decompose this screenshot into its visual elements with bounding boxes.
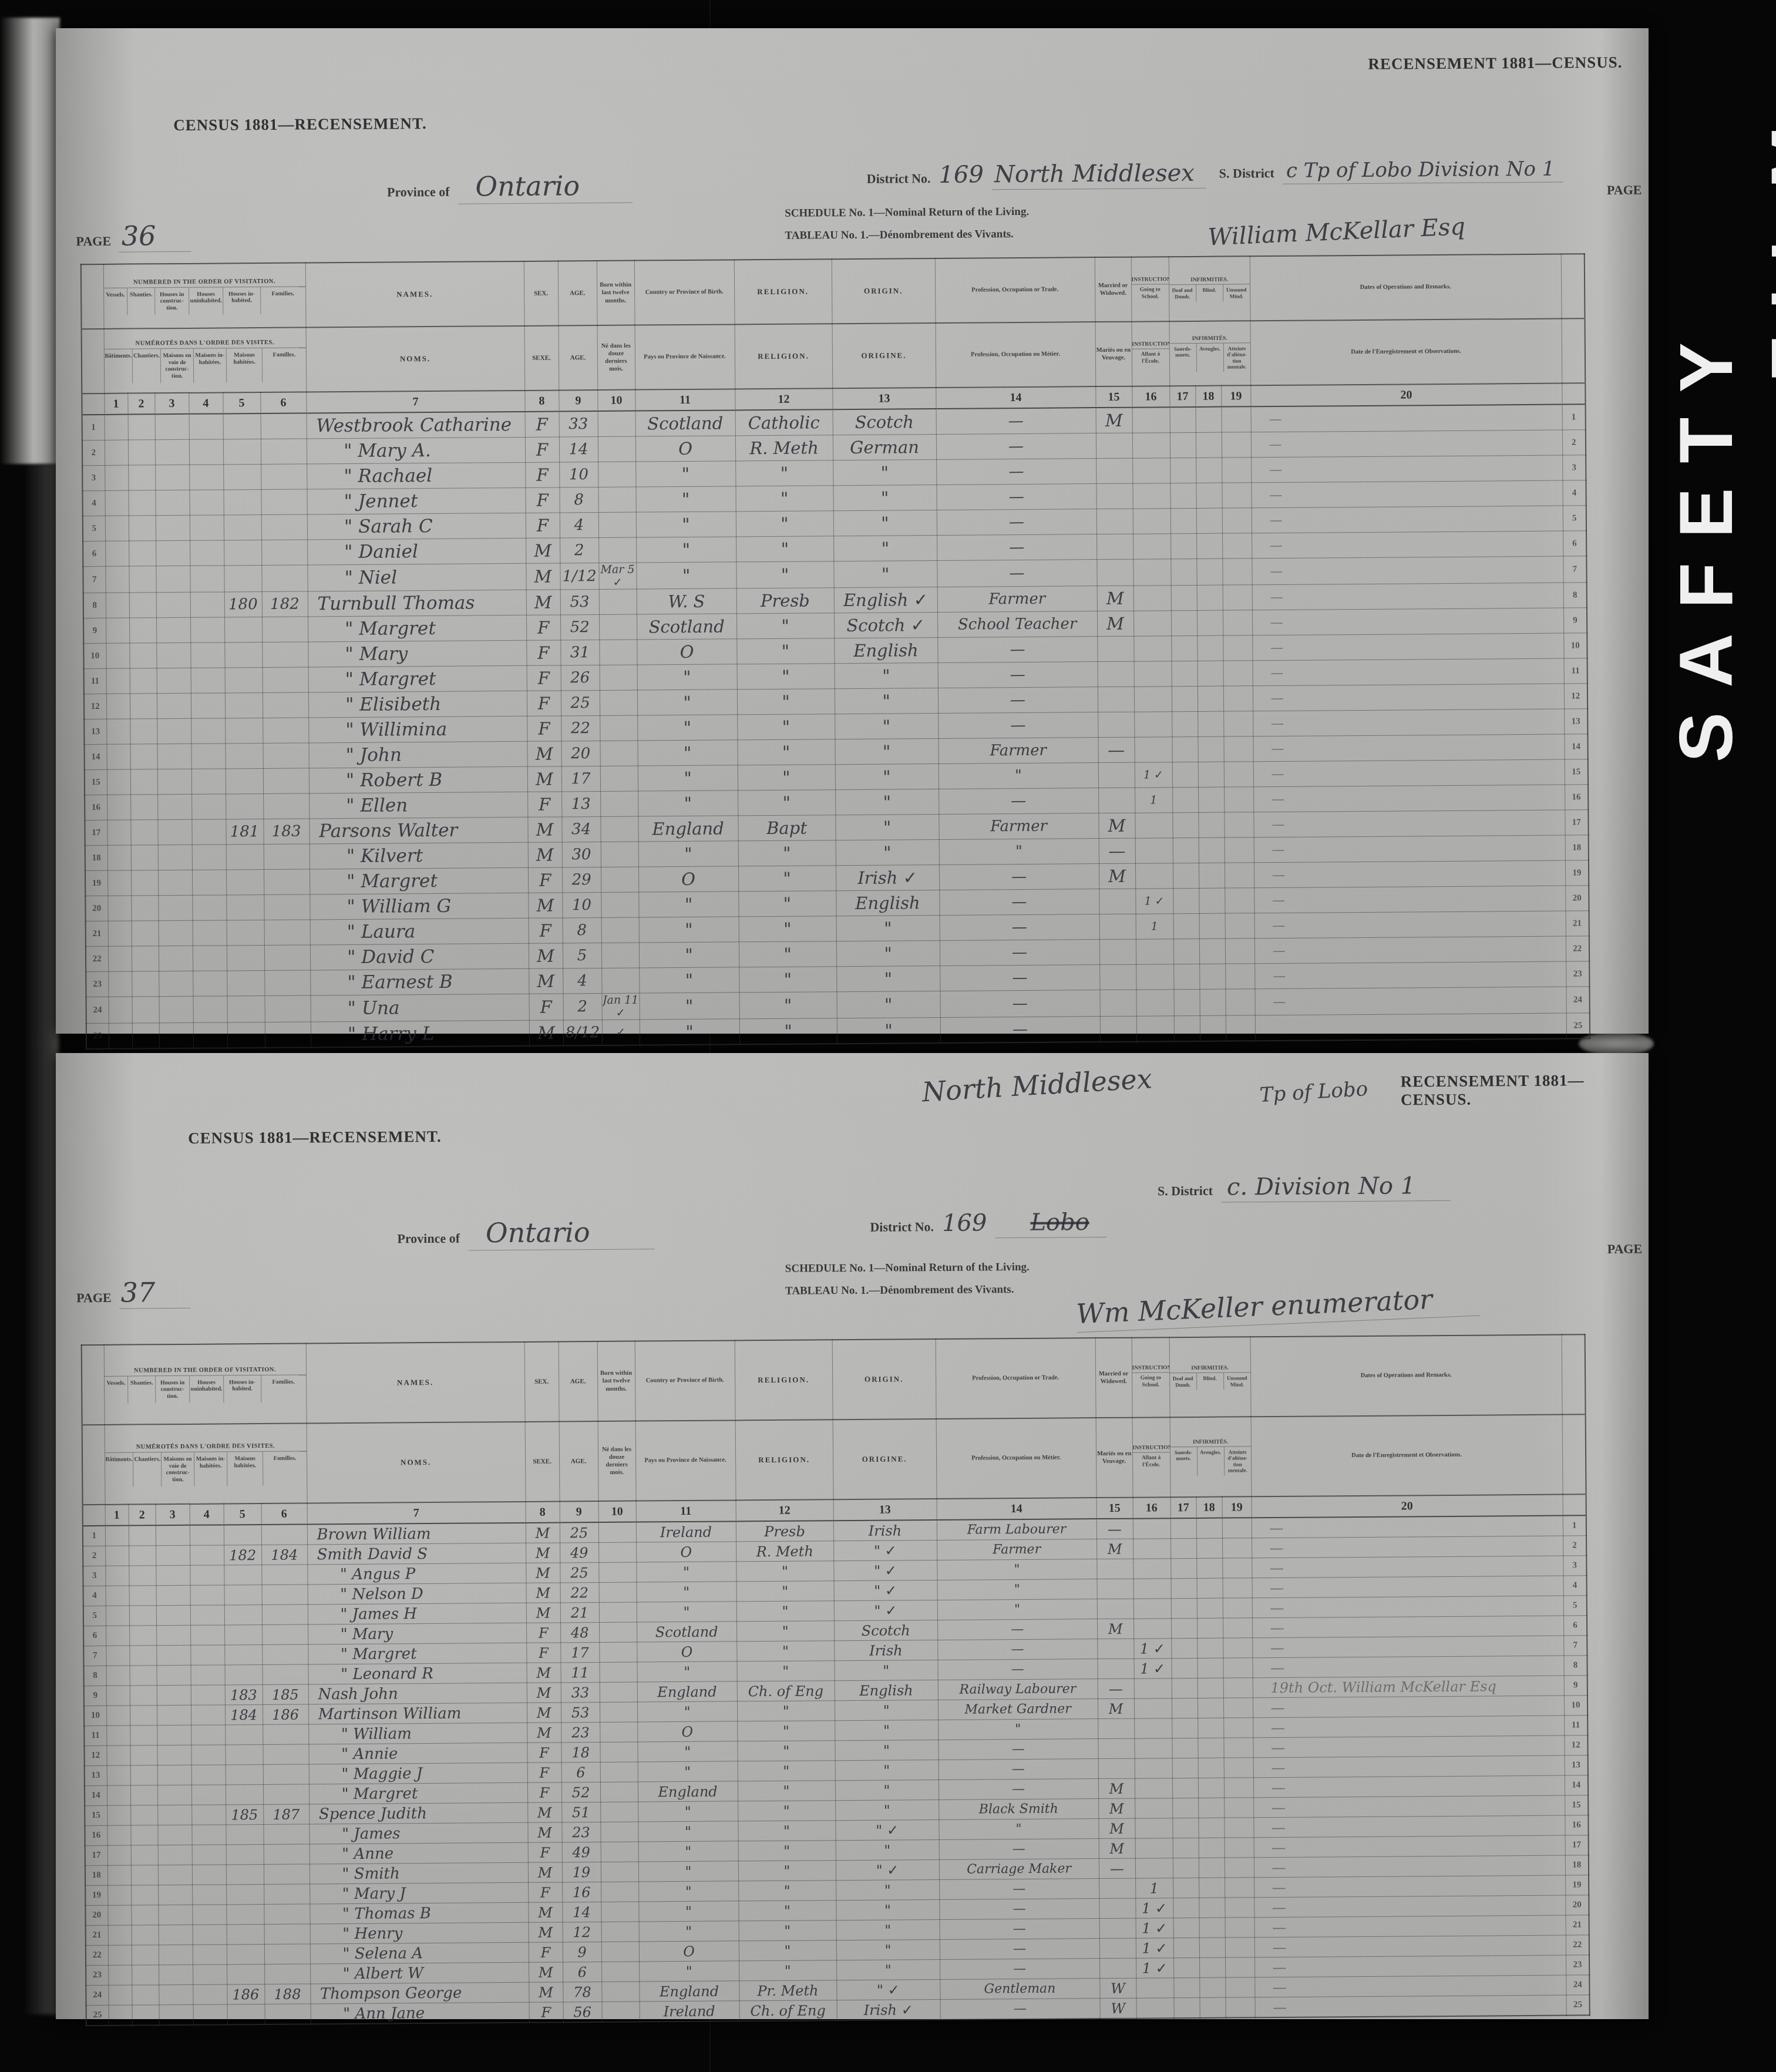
col-religion: " [738,765,835,791]
col-occupation: Market Gardner [938,1699,1098,1720]
col-deaf [1172,1758,1198,1778]
col-vessels [105,516,129,541]
col-unsound [1225,1878,1254,1898]
col-origin: Scotch [834,1620,937,1640]
col-shanties [129,643,156,668]
col-married: W [1100,1998,1136,2019]
col-name: " Rachael [307,462,525,489]
col-deaf [1173,1838,1199,1858]
col-unsound [1225,863,1254,888]
page-title: CENSUS 1881—RECENSEMENT. [173,115,427,134]
col-houses-uninhabited [192,845,226,870]
col-unsound [1224,762,1253,787]
col-houses-uninhabited [193,1925,227,1945]
district-label: District No. [870,1219,934,1235]
col-house-number [225,1725,263,1745]
col-age: 17 [561,766,600,792]
col-houses-uninhabited [193,1022,227,1048]
sex-header-en: SEX. [524,261,559,325]
col-origin: " [836,839,939,865]
col-birthplace: " [637,1661,737,1682]
col-birthplace: " [639,917,739,943]
col-name: " Margret [309,1782,527,1804]
col-shanties [132,1925,159,1945]
province-label: Province of [387,184,450,200]
col-origin: " ✓ [836,1979,940,2000]
col-unsound [1223,1638,1252,1658]
col-school: 1 ✓ [1135,762,1172,788]
col-shanties [131,1845,158,1865]
page-label: PAGE [76,1290,112,1306]
col-married [1097,1579,1133,1599]
row-number: 25 [86,2005,109,2026]
col-occupation: — [940,990,1100,1018]
col-houses-uninhabited [193,1984,227,2004]
col-name: " Jennet [307,487,526,514]
row-number: 10 [1563,633,1587,658]
col-house-number [226,1885,264,1905]
row-number: 4 [1563,1576,1587,1596]
row-number: 6 [1563,531,1586,556]
col-family-number [264,1884,310,1905]
col-shanties [129,1546,156,1566]
col-unsound [1223,585,1252,610]
col-birthplace: " [638,1841,738,1862]
col-blind [1196,1518,1222,1539]
col-house-number [224,1625,262,1645]
row-number: 8 [83,593,106,618]
col-sex: F [526,1643,560,1663]
col-houses-uninhabited [190,1645,224,1665]
col-name: " Margret [308,1643,526,1664]
col-shanties [129,1586,156,1606]
col-family-number [263,1764,309,1785]
col-house-number [224,643,262,668]
col-unsound [1222,508,1252,533]
col-married [1099,1938,1136,1958]
col-vessels [108,921,132,946]
col-born-month [598,512,636,537]
col-blind [1199,1977,1225,1997]
col-age: 31 [560,640,599,665]
col-deaf [1172,711,1198,736]
names-header-fr: NOMS. [306,326,525,392]
col-vessels [106,719,130,744]
col-vessels [108,946,132,971]
col-religion: " [738,1901,836,1921]
col-unsound [1225,1918,1254,1938]
col-houses-uninhabited [191,1725,225,1745]
col-deaf [1174,1015,1200,1041]
col-married: W [1099,1978,1136,1998]
col-sex: M [527,1703,561,1723]
col-born-month: Jan 11 ✓ [602,993,640,1020]
col-born-month [600,1762,638,1782]
col-age: 51 [561,1802,600,1822]
district-number: 169 [942,1209,987,1237]
col-sex: M [529,1982,563,2002]
col-sex: F [527,1762,561,1782]
col-origin: " ✓ [833,1540,937,1560]
col-school [1135,838,1173,863]
col-houses-construction [155,439,189,465]
col-religion: " [739,1960,836,1981]
col-origin: " ✓ [834,1600,937,1620]
col-occupation: — [939,1759,1098,1780]
col-unsound [1223,1598,1252,1618]
col-deaf [1171,1578,1197,1598]
col-sex: M [527,1663,561,1683]
col-blind [1197,635,1223,661]
names-header-en: NAMES. [306,1342,525,1424]
col-birthplace: " [637,1741,737,1762]
col-vessels [109,1023,132,1049]
col-occupation: — [937,509,1096,536]
col-age: 11 [561,1663,600,1683]
col-family-number [264,920,310,946]
col-age: 56 [563,2002,602,2022]
occupation-header-fr: Profession, Occupation ou Métier. [936,1418,1096,1499]
row-number: 3 [1562,455,1586,480]
row-number: 13 [85,1765,107,1785]
col-houses-uninhabited [191,744,226,769]
row-number: 18 [85,845,107,870]
col-born-month [601,1962,639,1982]
col-blind [1199,964,1225,989]
col-houses-construction [158,845,192,870]
col-deaf [1170,432,1196,458]
col-name: " Annie [308,1743,527,1764]
row-number: 8 [84,1666,106,1686]
col-house-number [226,1785,263,1805]
col-origin: Irish ✓ [836,865,939,890]
col-vessels [108,1945,132,1965]
col-house-number [227,2004,265,2025]
col-school [1135,1758,1172,1778]
row-number: 11 [84,1725,106,1745]
col-age: 21 [560,1603,599,1623]
birthplace-header-en: Country or Province of Birth. [634,260,735,325]
row-number-header [82,329,105,393]
col-occupation: — [938,662,1098,688]
col-family-number [264,1964,310,1984]
col-house-number [225,718,263,744]
col-occupation: — [939,1779,1098,1800]
row-number: 1 [1563,1515,1586,1536]
col-name: " Maggie J [309,1762,527,1784]
col-origin: " [836,1839,939,1860]
col-vessels [107,870,131,896]
col-name: " James H [308,1603,526,1624]
col-occupation: " [938,1719,1098,1740]
row-number: 2 [82,440,105,465]
origin-header-en: ORIGIN. [832,1339,936,1420]
col-sex: F [528,1882,562,1902]
col-shanties [130,1686,157,1706]
col-blind [1198,1798,1224,1818]
col-occupation: " [939,839,1099,865]
col-married [1099,1958,1136,1978]
col-houses-construction [156,1645,190,1665]
col-vessels [106,1686,130,1706]
col-age: 1/12 [560,563,598,590]
col-origin: " [836,1899,939,1920]
col-sex: M [529,1962,563,1982]
col-remarks: — [1252,1636,1563,1658]
col-origin: " [836,966,940,991]
col-house-number [226,794,263,819]
born-header-en: Born within last twelve months. [597,1341,635,1421]
col-shanties [129,1626,156,1646]
col-houses-uninhabited [192,1885,226,1905]
col-origin: " [835,1660,938,1680]
col-born-month [599,640,637,665]
col-shanties [130,795,157,820]
age-header-en: AGE. [558,261,597,325]
col-sex: F [525,462,559,487]
col-birthplace: " [638,765,738,791]
row-number: 9 [1563,608,1587,633]
col-houses-uninhabited [190,643,224,668]
col-unsound [1223,1718,1253,1738]
col-religion: " [739,916,836,942]
religion-header-fr: RELIGION. [735,1420,833,1500]
col-married [1098,1718,1134,1738]
col-deaf [1173,837,1199,863]
col-vessels [107,1885,131,1905]
col-name: " Margret [310,867,528,894]
col-house-number [226,1905,264,1925]
col-blind [1196,559,1222,585]
col-blind [1199,939,1225,964]
col-religion: " [739,1018,837,1045]
table-header-english: NUMBERED IN THE ORDER OF VISITATION. Ves… [81,254,1585,329]
col-house-number: 184 [225,1705,263,1725]
subdistrict-value: c. Division No 1 [1221,1172,1451,1203]
col-shanties [132,946,159,971]
col-origin: " [835,1720,938,1740]
col-remarks: — [1254,835,1565,863]
col-deaf [1172,686,1198,711]
col-houses-uninhabited [191,1805,226,1825]
col-family-number [261,489,307,515]
col-occupation: — [937,1619,1097,1640]
col-vessels [105,541,129,566]
row-number: 17 [85,1845,107,1865]
col-vessels [107,1905,131,1925]
col-occupation: — [939,1839,1099,1860]
instruction-group-en: INSTRUCTION. Going to School. [1132,1337,1170,1417]
col-remarks: — [1252,531,1563,559]
sex-header-fr: SEXE. [525,1421,560,1501]
col-vessels [107,896,131,921]
row-number: 25 [1566,1013,1590,1039]
col-name: " Mary [308,1623,526,1644]
col-name: " Margret [308,615,526,642]
col-born-month [601,892,638,917]
col-remarks: — [1252,608,1563,635]
col-unsound [1222,483,1251,508]
col-school [1135,1778,1172,1798]
col-born-month [600,1682,637,1702]
col-houses-uninhabited [191,668,225,693]
col-blind [1197,610,1223,635]
col-blind [1198,1698,1223,1718]
infirmities-group-en: INFIRMITIES. Deaf and Dumb. Blind. Unsou… [1169,256,1250,321]
col-married [1096,534,1133,559]
col-occupation: Railway Labourer [938,1679,1098,1700]
row-number: 4 [1563,480,1586,506]
col-houses-uninhabited [189,439,223,465]
col-origin: " [835,763,939,789]
col-deaf [1171,610,1197,635]
visitation-group-fr: NUMÉROTÉS DANS L'ORDRE DES VISITES. Bâti… [105,1423,307,1504]
col-occupation: — [938,687,1098,714]
col-vessels [106,1706,130,1725]
col-blind [1198,661,1223,686]
col-shanties [131,1885,158,1905]
col-school [1132,458,1170,483]
col-school [1133,1518,1170,1539]
col-deaf [1173,939,1199,964]
col-religion: " [736,1621,834,1642]
row-number: 11 [84,668,106,694]
col-houses-uninhabited [190,1565,224,1585]
col-deaf [1170,1538,1196,1558]
census-rows: 1Westbrook CatharineF33ScotlandCatholicS… [82,404,1590,1049]
col-birthplace: " [639,1921,739,1942]
col-school [1133,509,1170,534]
col-deaf [1172,787,1198,812]
col-unsound [1223,610,1252,635]
page-label-right: PAGE [1607,1242,1643,1257]
col-married [1100,1016,1136,1042]
col-houses-uninhabited [189,465,223,490]
col-origin: English [836,890,939,916]
col-occupation: — [939,1879,1099,1900]
instruction-group-en: INSTRUCTION. Going to School. [1131,257,1169,321]
row-number: 24 [1566,1975,1589,1995]
col-unsound [1224,1778,1253,1798]
row-number: 11 [1564,658,1587,684]
col-family-number [264,869,310,895]
col-vessels [105,566,129,593]
row-number: 16 [1565,785,1588,810]
col-occupation: — [936,433,1096,460]
schedule-line-en: SCHEDULE No. 1—Nominal Return of the Liv… [785,1261,1030,1276]
col-house-number: 182 [224,1545,261,1565]
col-houses-uninhabited [191,1825,226,1845]
col-unsound [1222,458,1251,483]
col-age: 6 [561,1762,600,1782]
col-married [1099,914,1136,939]
col-unsound [1223,1698,1253,1718]
row-number: 13 [1565,1755,1588,1775]
col-age: 33 [559,411,598,437]
col-house-number [226,1865,264,1885]
col-age: 25 [560,1522,598,1543]
col-birthplace: " [638,1901,738,1922]
col-origin: " [835,738,939,764]
col-married: — [1099,838,1135,863]
col-school [1135,1838,1173,1858]
col-origin: " [835,662,938,688]
col-remarks: — [1252,1516,1563,1538]
col-birthplace: " [639,967,739,993]
col-sex: M [526,538,560,563]
col-school [1136,939,1173,964]
col-birthplace: England [638,816,738,842]
col-born-month [598,487,636,512]
col-married [1100,990,1136,1016]
col-house-number [225,1665,263,1685]
page-label-right: PAGE [1607,183,1642,198]
col-age: 25 [561,691,600,716]
page-title-right: RECENSEMENT 1881—CENSUS. [1368,53,1622,73]
col-shanties [130,1745,157,1765]
col-shanties [130,769,157,795]
row-number: 7 [83,1646,106,1666]
col-vessels [106,694,130,719]
col-blind [1198,1778,1224,1798]
col-shanties [132,1965,159,1985]
col-birthplace: Scotland [635,410,735,436]
col-birthplace: " [636,562,736,589]
col-blind [1200,1015,1226,1041]
census-table: NUMBERED IN THE ORDER OF VISITATION. Ves… [80,253,1590,1050]
col-shanties [130,820,157,845]
col-blind [1196,432,1222,458]
col-houses-construction [157,1665,191,1685]
table-header-english: NUMBERED IN THE ORDER OF VISITATION. Ves… [82,1334,1586,1425]
col-religion: " [737,664,835,689]
col-sex: M [527,1802,561,1822]
col-birthplace: O [635,436,735,462]
col-family-number [263,793,309,819]
col-remarks: — [1253,1775,1565,1798]
col-married [1096,433,1132,458]
col-origin: English [834,637,937,663]
infirmities-group-en: INFIRMITIES. Deaf and Dumb. Blind. Unsou… [1169,1337,1251,1417]
col-unsound [1226,1997,1255,2018]
col-remarks: — [1253,1755,1565,1778]
row-number: 18 [1565,1855,1589,1875]
col-remarks: — [1254,1975,1566,1997]
col-unsound [1225,964,1254,989]
col-deaf [1173,1878,1199,1898]
col-born-month [601,968,639,993]
col-shanties [129,618,156,643]
col-deaf [1170,508,1196,533]
col-houses-construction [158,1845,192,1865]
col-origin: " ✓ [835,1819,939,1840]
col-vessels [108,1985,132,2005]
schedule-line-fr: TABLEAU No. 1.—Dénombrement des Vivants. [785,228,1013,243]
col-house-number [224,1645,262,1665]
col-name: " Kilvert [310,842,528,869]
col-born-month [598,537,636,563]
col-blind [1199,1858,1225,1878]
col-unsound [1222,533,1252,559]
col-remarks: — [1252,480,1563,508]
col-houses-construction [157,1745,191,1765]
col-deaf [1172,1778,1198,1798]
col-religion: " [738,1821,835,1841]
col-school [1135,1858,1173,1878]
col-family-number [261,464,307,490]
col-occupation: Black Smith [939,1799,1098,1820]
col-occupation: " [939,763,1098,789]
